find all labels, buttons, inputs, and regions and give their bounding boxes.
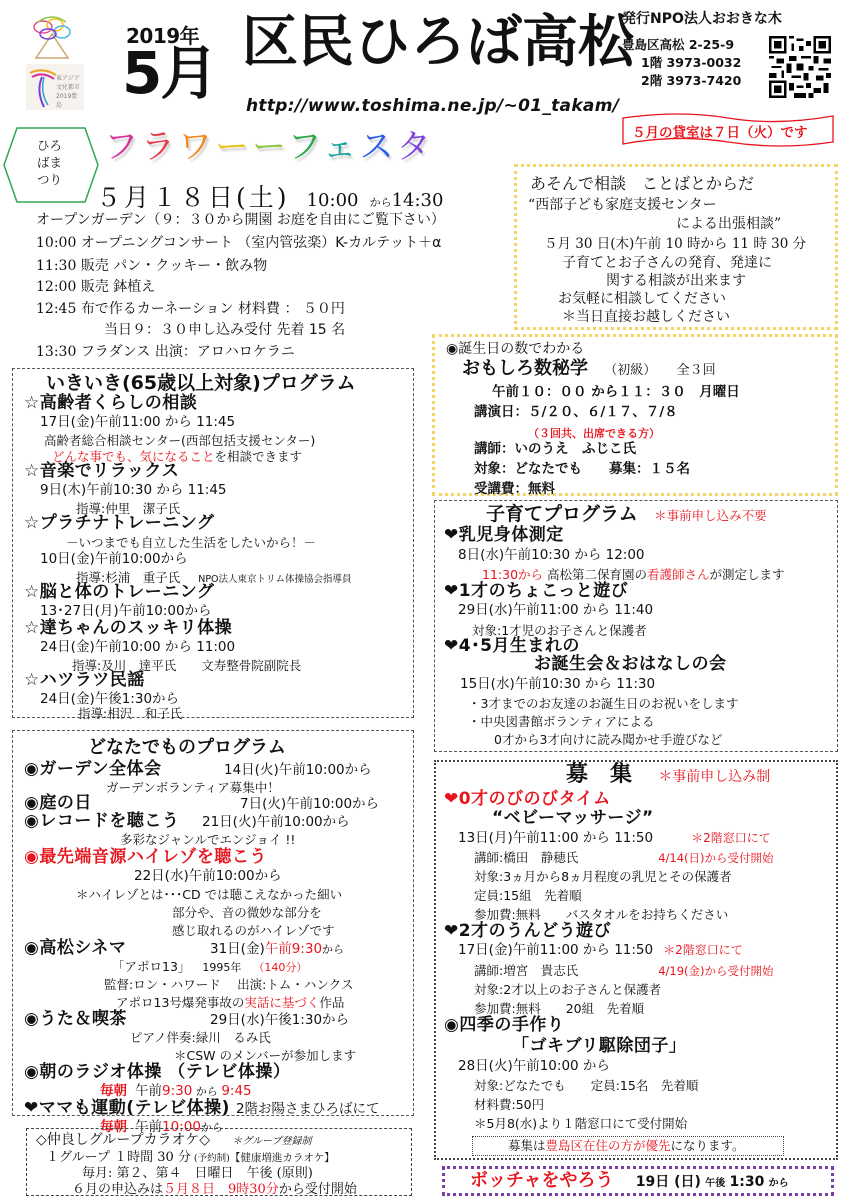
consult-desc-4: ＊当日直接お越しください [562, 309, 730, 326]
logo-caption: 東アジア文化都市2019豊島 [56, 74, 82, 110]
priority-notice: 募集は豊島区在住の方が優先になります。 [508, 1137, 745, 1154]
festa-item-4: 12:45 布で作るカーネーション 材料費 ： ５０円 [36, 301, 345, 318]
donata-item-6-name: ◉朝のラジオ体操 （テレビ体操） [24, 1064, 290, 1081]
badge-line-2: ばま [37, 154, 62, 171]
numerology-title-row: おもしろ数秘学 （初級） 全３回 [462, 360, 716, 379]
festa-title-char: ー [252, 127, 287, 167]
phone-1f: 1階 3973-0032 [641, 53, 741, 71]
donata-title: どなたでものプログラム [88, 737, 286, 759]
festa-title-char: ラ [141, 127, 178, 167]
festa-item-3: 12:00 販売 鉢植え [36, 279, 155, 296]
ikiiki-title: いきいき(65歳以上対象)プログラム [46, 371, 356, 395]
festa-title-char: ワ [178, 127, 215, 167]
rental-notice-text: ５月の貸室は７日（火）です [632, 121, 808, 141]
ikiiki-item-0-place: 高齢者総合相談センター(西部包括支援センター) [44, 432, 315, 449]
ikiiki-item-3-name: ☆脳と体のトレーニング [24, 584, 214, 601]
boshu-note: ＊事前申し込み制 [658, 769, 770, 785]
festa-time-from: から [370, 196, 392, 209]
festa-date-text: ５月１８日(土) [96, 183, 290, 212]
kosodate-title: 子育てプログラム [486, 503, 638, 525]
boshu-item-1-lecturer: 講師:橋田 静穂氏4/14(日)から受付開始 [474, 849, 774, 867]
karaoke-line-3: ６月の申込みは５月８日 9時30分から受付開始 [72, 1181, 357, 1198]
kosodate-item-1-name: ❤1才のちょこっと遊び [444, 583, 628, 600]
donata-item-5-sub-1: ピアノ伴奏:緑川 るみ氏 [130, 1029, 271, 1046]
numerology-lecturer: 講師：いのうえ ふじこ氏 [474, 441, 636, 458]
donata-item-7: ❤ママも運動(テレビ体操)2階お陽さまひろばにて [24, 1100, 380, 1118]
numerology-dates: 講演日：５/２０、６/１７、７/８ [474, 404, 678, 421]
ikiiki-item-0-time: 17日(金)午前11:00 から 11:45 [40, 414, 235, 431]
boshu-item-2-lecturer: 講師:増宮 貴志氏4/19(金)から受付開始 [474, 962, 774, 980]
ikiiki-item-4-time: 24日(金)午前10:00 から 11:00 [40, 639, 235, 656]
numerology-title: おもしろ数秘学 [462, 358, 588, 379]
boccia-time-label: 午後 [705, 1178, 725, 1189]
festa-title-char: ェ [323, 127, 360, 167]
numerology-count: 全３回 [677, 363, 716, 378]
consult-desc-3: お気軽に相談してください [558, 291, 726, 308]
donata-item-2: ◉レコードを聴こう21日(火)午前10:00から [24, 813, 350, 831]
logo-culture-city: 東アジア文化都市2019豊島 [26, 64, 84, 110]
donata-item-4-desc: アポロ13号爆発事故の実話に基づく作品 [116, 994, 344, 1011]
numerology-intro: ◉誕生日の数でわかる [446, 341, 584, 358]
festa-item-5: 当日９：３０申し込み受付 先着 15 名 [104, 322, 345, 339]
consult-desc-2: 関する相談が出来ます [606, 273, 746, 290]
consult-line-2: による出張相談” [676, 216, 781, 233]
donata-item-3-sub-1: ＊ハイレゾとは･･･CD では聴こえなかった細い [76, 886, 342, 903]
kosodate-item-2-bullet-2: ・中央図書館ボランティアによる [468, 713, 655, 730]
festa-title-char: タ [397, 127, 434, 167]
kosodate-item-2-bullet-3: 0才から3才向けに読み聞かせ手遊びなど [494, 731, 722, 748]
festa-time-end: 14:30 [392, 190, 444, 211]
boshu-item-3-target: 対象:どなたでも 定員:15名 先着順 [474, 1077, 698, 1094]
boshu-item-1-cap: 定員:15組 先着順 [474, 887, 582, 904]
boccia-time: 1:30 [730, 1174, 765, 1190]
festa-title-char: フ [287, 127, 322, 167]
festa-title-char: ー [215, 127, 252, 167]
numerology-note: （３回共、出席できる方） [528, 425, 660, 442]
boccia-title: ボッチャをやろう [470, 1170, 613, 1191]
consult-date: ５月 30 日(木)午前 10 時から 11 時 30 分 [544, 236, 806, 253]
donata-item-4-movie: 「アポロ13」1995年（140分） [112, 958, 307, 976]
badge-line-1: ひろ [37, 137, 62, 154]
kosodate-item-0-name: ❤乳児身体測定 [444, 527, 564, 544]
phone-2f: 2階 3973-7420 [641, 71, 741, 89]
karaoke-note: ＊グループ登録制 [232, 1136, 311, 1147]
festa-title-char: ス [360, 127, 397, 167]
boshu-title-row: 募 集 ＊事前申し込み制 [566, 762, 770, 788]
donata-item-3-sub-2: 部分や、音の微妙な部分を [172, 904, 322, 921]
donata-item-4-credits: 監督:ロン・ハワード 出演:トム・ハンクス [104, 976, 354, 993]
ikiiki-item-4-name: ☆達ちゃんのスッキリ体操 [24, 620, 232, 637]
ikiiki-item-1-name: ☆音楽でリラックス [24, 463, 179, 480]
newsletter-title: 区民ひろば高松 [242, 8, 634, 78]
boshu-item-2-target: 対象:2才以上のお子さんと保護者 [474, 981, 661, 998]
boshu-item-3-name: ◉四季の手作り [444, 1017, 564, 1034]
karaoke-title: ◇仲良しグループカラオケ◇ [36, 1132, 210, 1148]
boshu-item-2-time: 17日(金)午前11:00 から 11:50＊2階窓口にて [458, 942, 743, 959]
kosodate-item-2-time: 15日(水)午前10:30 から 11:30 [460, 676, 655, 693]
publisher: 発行NPO法人おおきな木 [622, 8, 782, 28]
donata-item-4: ◉高松シネマ31日(金)午前9:30から [24, 940, 344, 958]
qr-code[interactable] [769, 36, 831, 98]
ikiiki-item-2-time: 10日(金)午前10:00から [40, 551, 188, 568]
boccia-date: 19日 (日) [636, 1174, 701, 1190]
kosodate-note: ＊事前申し込み不要 [654, 508, 767, 523]
kosodate-item-2-name: ❤4･5月生まれの [444, 638, 580, 655]
ikiiki-item-1-time: 9日(木)午前10:30 から 11:45 [40, 482, 227, 499]
boshu-item-1-time: 13日(月)午前11:00 から 11:50＊2階窓口にて [458, 830, 771, 847]
ikiiki-item-2-tagline: －いつまでも自立した生活をしたいから！－ [66, 534, 316, 551]
kosodate-item-2-bullet-1: ・3才までのお友達のお誕生日のお祝いをします [468, 695, 738, 712]
boshu-item-3-fee: 材料費:50円 [474, 1096, 544, 1113]
boshu-item-3-sub: 「ゴキブリ駆除団子」 [512, 1038, 686, 1055]
ikiiki-item-2-name: ☆プラチナトレーニング [24, 515, 214, 532]
website-url[interactable]: http://www.toshima.ne.jp/~01_takam/ [246, 96, 619, 116]
boshu-title: 募 集 [566, 762, 632, 787]
kosodate-item-1-time: 29日(水)午前11:00 から 11:40 [458, 602, 653, 619]
kosodate-title-row: 子育てプログラム ＊事前申し込み不要 [486, 502, 767, 526]
donata-item-3-sub-3: 感じ取れるのがハイレゾです [172, 922, 335, 939]
festa-date: ５月１８日(土) 10:00 から14:30 [96, 178, 443, 214]
consult-desc-1: 子育てとお子さんの発育、発達に [562, 255, 772, 272]
hiroba-matsuri-badge: ひろ ばま つり [3, 127, 99, 203]
boshu-item-3-note: ＊5月8(水)より１階窓口にて受付開始 [474, 1115, 687, 1132]
numerology-time: 午前１０：００ から１１：３０ 月曜日 [492, 384, 740, 401]
logo-tree [28, 12, 76, 60]
kosodate-item-2-name-2: お誕生会＆おはなしの会 [534, 656, 727, 673]
numerology-fee: 受講費：無料 [474, 481, 555, 498]
consult-title: あそんで相談 ことばとからだ [530, 174, 754, 194]
consult-line-1: “西部子ども家庭支援センター [528, 197, 717, 214]
karaoke-line-2: 毎月: 第２、第４ 日曜日 午後 (原則) [82, 1165, 313, 1182]
badge-line-3: つり [37, 171, 62, 188]
festa-item-2: 11:30 販売 パン・クッキー・飲み物 [36, 258, 267, 275]
donata-item-0: ◉ガーデン全体会14日(火)午前10:00から [24, 761, 372, 779]
boshu-item-1-target: 対象:3ヵ月から8ヵ月程度の乳児とその保護者 [474, 868, 732, 885]
issue-month: 5月 [122, 40, 216, 106]
festa-time-start: 10:00 [307, 190, 359, 211]
boshu-item-1-sub: “ベビーマッサージ” [492, 810, 654, 827]
boccia-content: ボッチャをやろう 19日 (日) 午後 1:30 から [470, 1170, 789, 1195]
donata-item-2-sub: 多彩なジャンルでエンジョイ !! [120, 831, 295, 848]
karaoke-title-row: ◇仲良しグループカラオケ◇ ＊グループ登録制 [36, 1132, 312, 1150]
boccia-from: から [769, 1178, 789, 1189]
numerology-target: 対象：どなたでも 募集：１５名 [474, 461, 690, 478]
donata-item-3-time: 22日(水)午前10:00から [134, 868, 282, 885]
boshu-item-1-name: ❤0才のびのびタイム [444, 791, 611, 808]
numerology-level: （初級） [604, 363, 656, 378]
festa-item-1: 10:00 オープニングコンサート （室内管弦楽）K-カルテット＋α [36, 235, 441, 252]
ikiiki-item-5-instructor: 指導:相沢 和子氏 [78, 708, 182, 720]
ikiiki-item-0-name: ☆高齢者くらしの相談 [24, 395, 197, 412]
festa-item-6: 13:30 フラダンス 出演：アロハロケラニ [36, 344, 295, 361]
flower-festa-title: フラワーーフェスタ [104, 127, 434, 167]
festa-title-char: フ [104, 127, 141, 167]
boshu-item-2-name: ❤2才のうんどう遊び [444, 923, 611, 940]
address: 豊島区高松 2-25-9 [622, 35, 734, 53]
rental-notice-banner: ５月の貸室は７日（火）です [620, 112, 836, 148]
kosodate-item-0-time: 8日(水)午前10:30 から 12:00 [458, 547, 645, 564]
boshu-item-3-time: 28日(火)午前10:00 から [458, 1058, 610, 1075]
donata-item-3-name: ◉最先端音源ハイレゾを聴こう [24, 849, 267, 866]
ikiiki-item-5-name: ☆ハツラツ民謡 [24, 672, 145, 689]
donata-item-0-sub: ガーデンボランティア募集中！ [106, 779, 280, 796]
festa-item-0: オープンガーデン（９：３０から開園 お庭を自由にご覧下さい） [36, 212, 445, 229]
donata-item-5: ◉うた＆喫茶29日(水)午後1:30から [24, 1011, 349, 1029]
